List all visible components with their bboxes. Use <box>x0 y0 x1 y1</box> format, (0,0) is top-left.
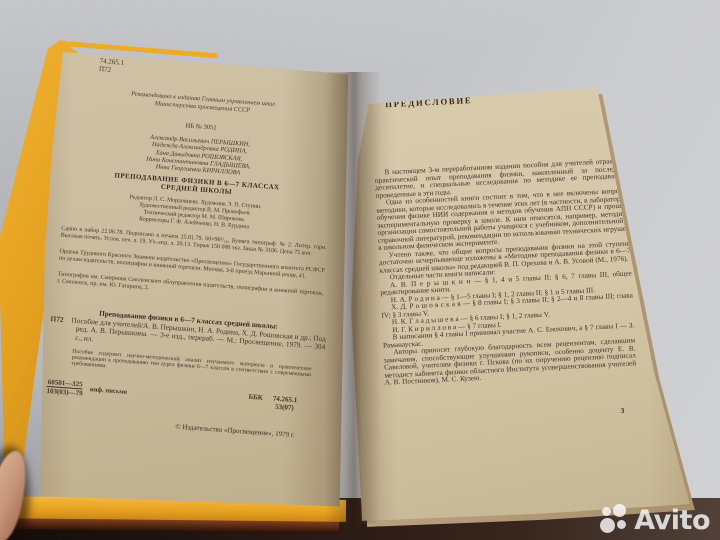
index-fraction: 60501—325 103(03)—79 <box>46 378 83 398</box>
right-page-content: ПРЕДИСЛОВИЕ В настоящем 3-м переработанн… <box>371 88 639 426</box>
bbk-block: ББК 74.265.1 53(07) <box>248 393 298 413</box>
page-number: 3 <box>387 405 625 426</box>
bbk-code-2: 53(07) <box>272 403 297 413</box>
avito-logo-icon <box>600 504 630 536</box>
bibliographic-code: П72 <box>50 314 72 325</box>
copyright-line: © Издательство «Просвещение», 1979 г. <box>33 412 295 439</box>
preface-body: В настоящем 3-м переработанном издании п… <box>374 158 636 388</box>
bbk-label: ББК <box>248 393 264 411</box>
bbk-codes: 74.265.1 53(07) <box>272 394 298 413</box>
index-formula: П 60501—325 103(03)—79 инф. письмо <box>35 377 128 401</box>
avito-watermark: Avito <box>600 504 710 536</box>
left-page-content: 74.265.1 П72 Рекомендовано к изданию Гла… <box>33 54 351 441</box>
index-suffix: инф. письмо <box>90 386 128 396</box>
book-photo: 74.265.1 П72 Рекомендовано к изданию Гла… <box>0 0 720 540</box>
left-page: 74.265.1 П72 Рекомендовано к изданию Гла… <box>18 44 358 514</box>
avito-watermark-text: Avito <box>634 505 710 536</box>
